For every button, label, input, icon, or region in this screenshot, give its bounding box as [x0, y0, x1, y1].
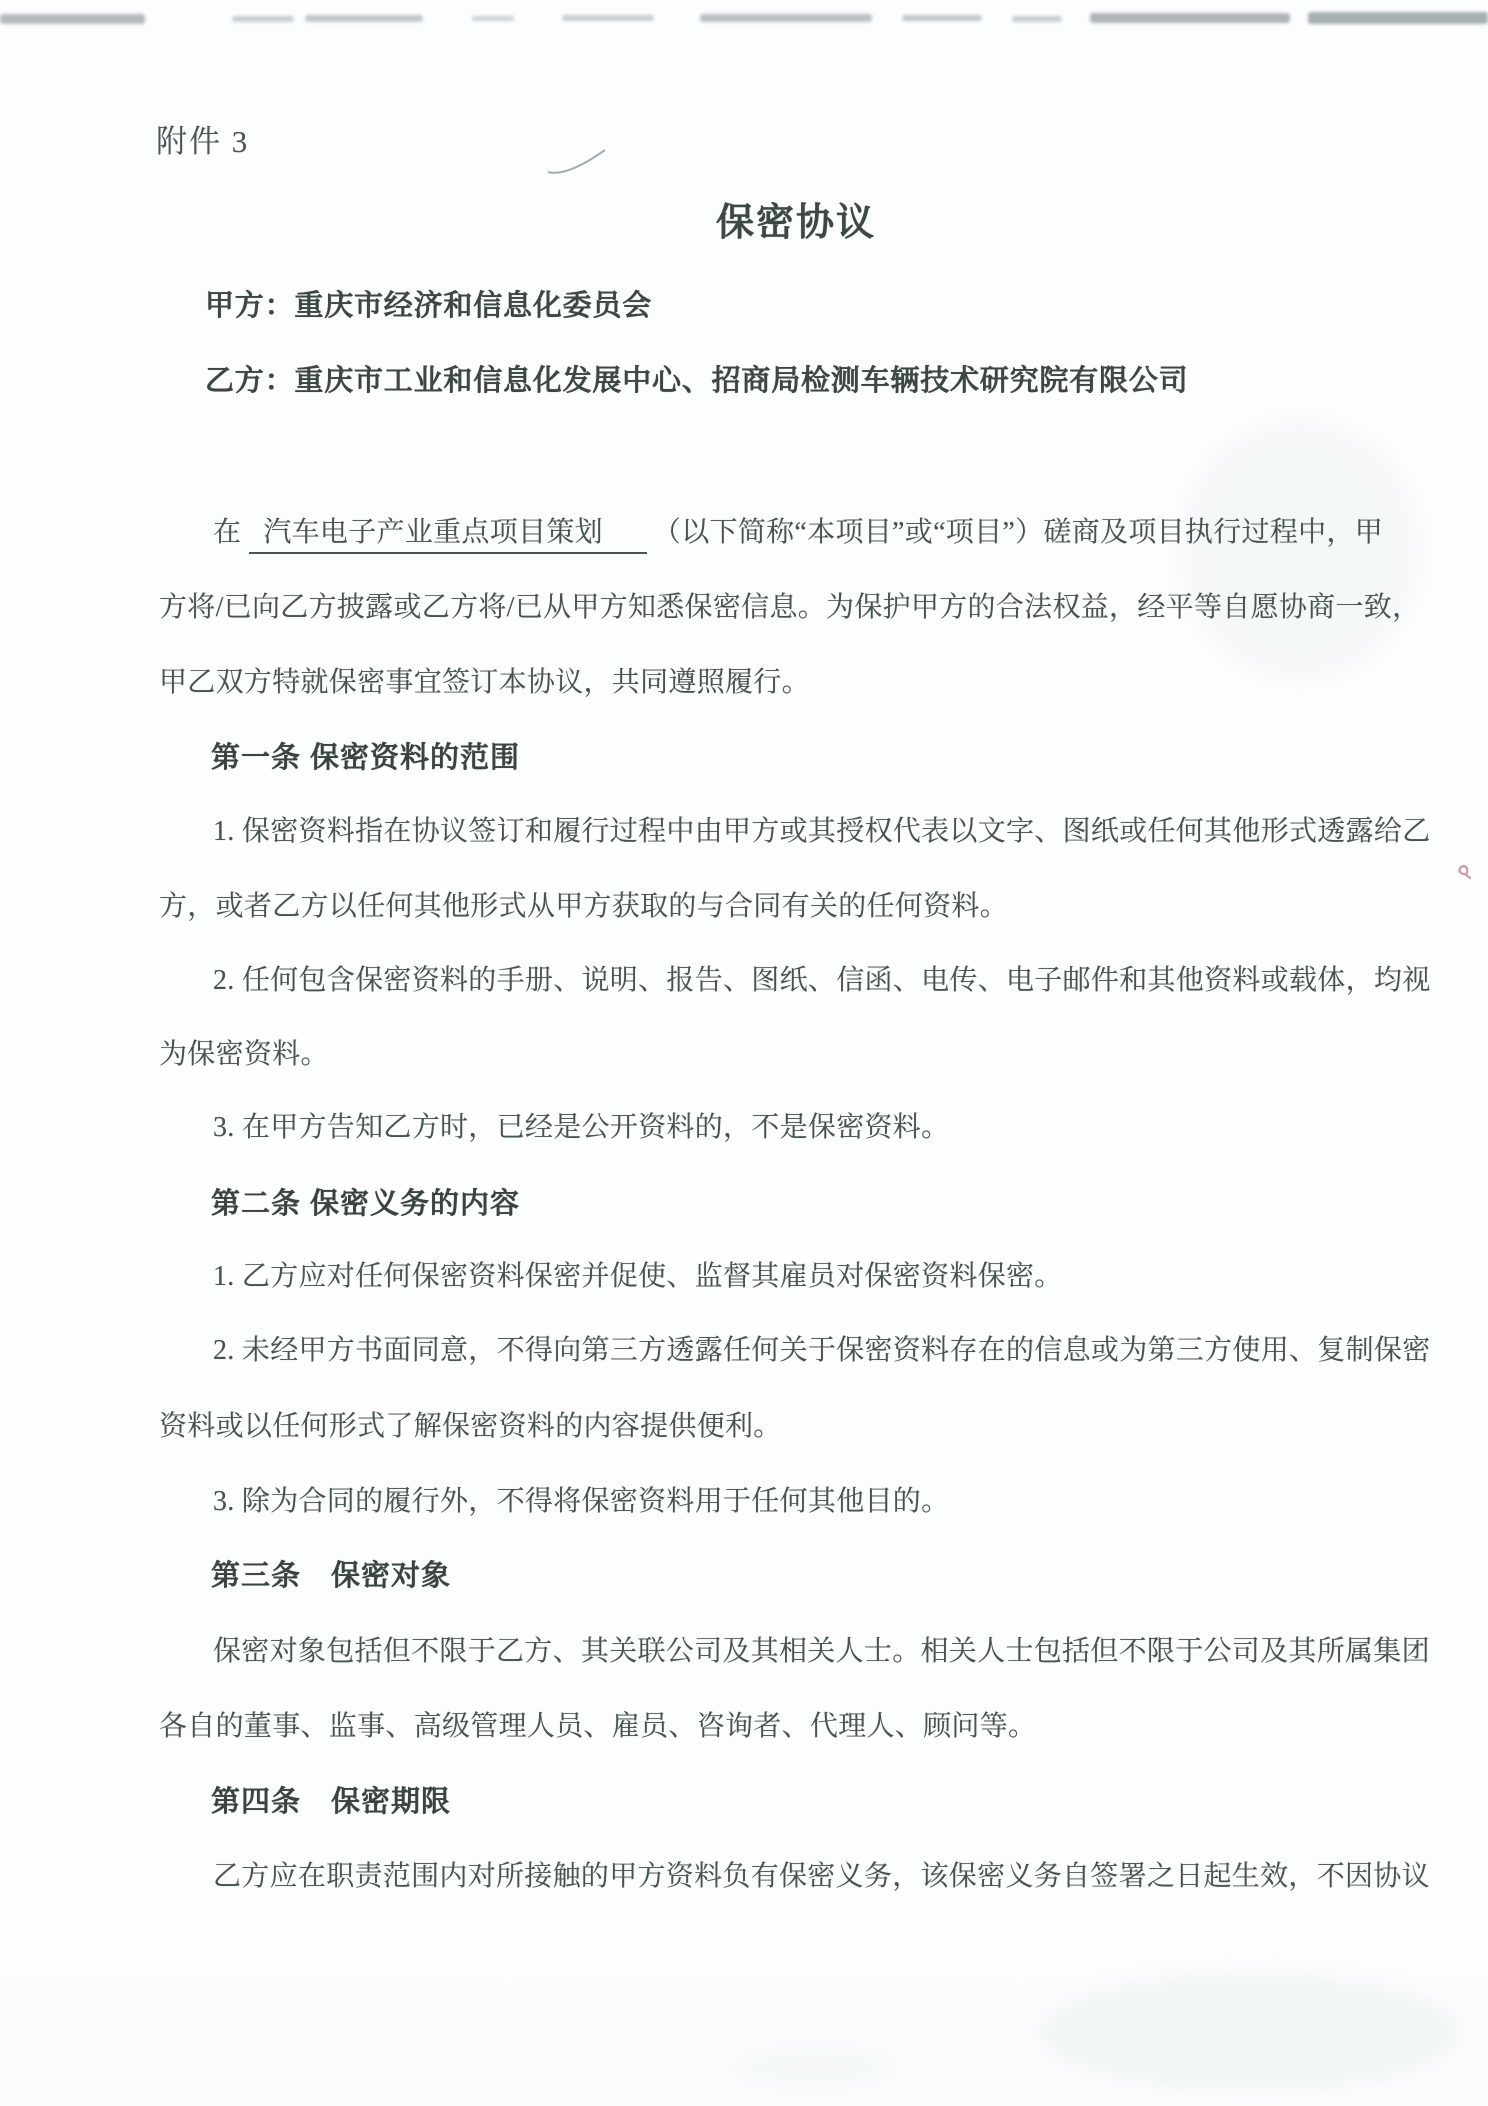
scan-noise-dash	[472, 16, 514, 21]
scan-noise-dash	[700, 14, 872, 22]
scan-noise-dash	[902, 15, 982, 21]
section-1-item-1-line-1: 1. 保密资料指在协议签订和履行过程中由甲方或其授权代表以文字、图纸或任何其他形…	[213, 816, 1431, 848]
scan-noise-dash	[1012, 16, 1062, 22]
section-2-item-2-line-2: 资料或以任何形式了解保密资料的内容提供便利。	[159, 1411, 782, 1443]
section-1-item-2-line-1: 2. 任何包含保密资料的手册、说明、报告、图纸、信函、电传、电子邮件和其他资料或…	[213, 965, 1431, 997]
party-a-line: 甲方：重庆市经济和信息化委员会	[205, 290, 652, 323]
scan-ghost-blob	[1040, 1975, 1460, 2090]
section-2-item-2-line-1: 2. 未经甲方书面同意，不得向第三方透露任何关于保密资料存在的信息或为第三方使用…	[213, 1335, 1431, 1367]
section-1-item-3: 3. 在甲方告知乙方时，已经是公开资料的，不是保密资料。	[213, 1112, 949, 1144]
section-2-item-3: 3. 除为合同的履行外，不得将保密资料用于任何其他目的。	[213, 1486, 949, 1518]
section-3-line-1: 保密对象包括但不限于乙方、其关联公司及其相关人士。相关人士包括但不限于公司及其所…	[213, 1636, 1430, 1668]
scan-noise-dash	[1090, 13, 1290, 23]
party-b-line: 乙方：重庆市工业和信息化发展中心、招商局检测车辆技术研究院有限公司	[205, 365, 1188, 398]
section-3-heading: 第三条 保密对象	[211, 1560, 451, 1593]
scan-noise-dash	[562, 15, 654, 21]
underlined-project-name: 汽车电子产业重点项目策划	[249, 517, 647, 554]
intro-line-1: 在汽车电子产业重点项目策划（以下简称“本项目”或“项目”）磋商及项目执行过程中，…	[213, 517, 1383, 554]
scan-ghost-blob	[730, 2045, 900, 2090]
section-1-item-2-line-2: 为保密资料。	[159, 1039, 329, 1071]
section-1-heading: 第一条 保密资料的范围	[211, 742, 520, 775]
document-title: 保密协议	[716, 202, 876, 246]
scan-noise-dash	[305, 15, 423, 22]
section-3-line-2: 各自的董事、监事、高级管理人员、雇员、咨询者、代理人、顾问等。	[159, 1711, 1036, 1743]
scan-noise-dash	[0, 14, 145, 24]
intro-line-2: 方将/已向乙方披露或乙方将/已从甲方知悉保密信息。为保护甲方的合法权益，经平等自…	[159, 592, 1420, 624]
section-2-item-1: 1. 乙方应对任何保密资料保密并促使、监督其雇员对保密资料保密。	[213, 1261, 1063, 1293]
scanned-document-page: 附件 3 保密协议 甲方：重庆市经济和信息化委员会 乙方：重庆市工业和信息化发展…	[0, 0, 1488, 2106]
pink-ink-mark	[1450, 858, 1476, 884]
attachment-label: 附件 3	[156, 124, 249, 160]
pen-stroke-mark	[545, 146, 609, 178]
intro-prefix: 在	[213, 517, 241, 548]
section-4-heading: 第四条 保密期限	[211, 1786, 451, 1819]
intro-suffix: （以下简称“本项目”或“项目”）磋商及项目执行过程中，甲	[653, 517, 1383, 548]
section-4-line-1: 乙方应在职责范围内对所接触的甲方资料负有保密义务，该保密义务自签署之日起生效，不…	[213, 1861, 1430, 1893]
intro-line-3: 甲乙双方特就保密事宜签订本协议，共同遵照履行。	[159, 667, 810, 699]
scan-noise-dash	[1308, 12, 1488, 24]
section-2-heading: 第二条 保密义务的内容	[211, 1188, 520, 1221]
scan-noise-dash	[232, 16, 294, 22]
section-1-item-1-line-2: 方，或者乙方以任何其他形式从甲方获取的与合同有关的任何资料。	[159, 891, 1008, 923]
